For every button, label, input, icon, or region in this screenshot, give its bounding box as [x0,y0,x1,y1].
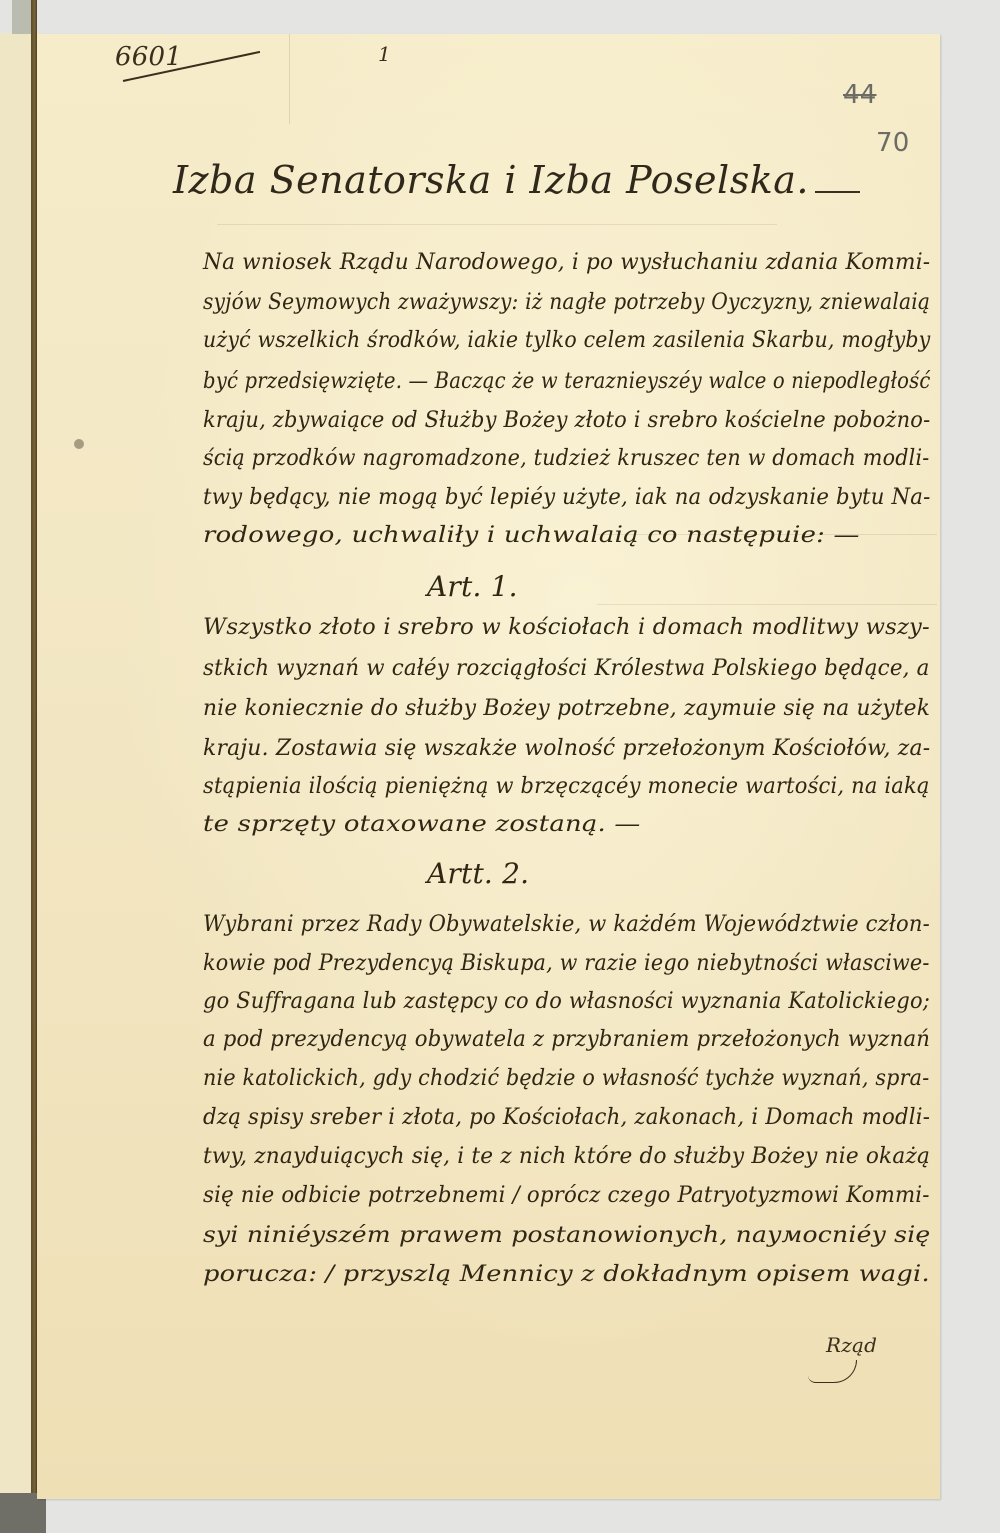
signature: Rząd [826,1333,877,1357]
preamble-line: być przedsięwzięte. — Bacząc że w terazn… [203,368,931,394]
binding-shadow [0,1493,46,1533]
article-line: kowie pod Prezydencyą Biskupa, w razie i… [203,950,930,976]
article-line: porucza: / przyszlą Menniсy z dokładnym … [203,1261,930,1287]
ink-stain [74,439,84,449]
preamble-line: rodowego, uchwaliły i uchwalaią co nastę… [203,522,860,548]
folio-number: 70 [876,128,909,158]
article-heading: Art. 1. [427,570,518,603]
underlying-page-tab [12,0,32,34]
page-mark: 1 [378,42,391,66]
show-through [217,224,777,225]
article-line: nie koniecznie do służby Bożey potrzebne… [203,695,930,721]
article-line: go Suffragana lub zastępcy co do własnoś… [203,988,930,1014]
article-line: syi niniéyszém prawem postanowionych, na… [203,1222,930,1248]
show-through [597,604,937,605]
archive-number: 6601 [115,42,182,72]
folio-number-crossed: 44 [843,80,876,110]
article-line: kraju. Zostawia się wszakże wolność prze… [203,735,930,761]
article-line: a pod prezydencyą obywatela z przybranie… [203,1026,930,1052]
article-line: te sprzęty otaxowane zostaną. — [203,811,641,837]
paper-fold [289,34,290,124]
article-line: stkich wyznań w całéy rozciągłości Króle… [203,655,930,681]
preamble-line: ścią przodków nagromadzone, tudzież krus… [203,445,929,471]
preamble-line: twy będący, nie mogą być lepiéy użyte, i… [203,484,930,510]
preamble-line: Na wniosek Rządu Narodowego, i po wysłuc… [203,249,930,275]
article-heading: Artt. 2. [427,857,529,890]
preamble-line: kraju, zbywaiące od Służby Bożey złoto i… [203,407,930,433]
preamble-line: użyć wszelkich środków, iakie tylko cele… [203,327,930,353]
article-line: Wszystko złoto i srebro w kościołach i d… [203,614,930,640]
article-line: stąpienia ilością pieniężną w brzęczącéy… [203,773,930,799]
title-dash [815,191,860,193]
preamble-line: syjów Seymowych zważywszy: iż nagłe potr… [203,289,930,315]
article-line: nie katolickich, gdy chodzić będzie o wł… [203,1065,929,1091]
document-title: Izba Senatorska i Izba Poselska. [173,158,809,202]
article-line: dzą spisy sreber i złota, po Kościołach,… [203,1104,930,1130]
article-line: się nie odbicie potrzebnemi / oprócz cze… [203,1182,930,1208]
article-line: twy, znayduiących się, i te z nich które… [203,1143,930,1169]
article-line: Wybrani przez Rady Obywatelskie, w każdé… [203,911,930,937]
